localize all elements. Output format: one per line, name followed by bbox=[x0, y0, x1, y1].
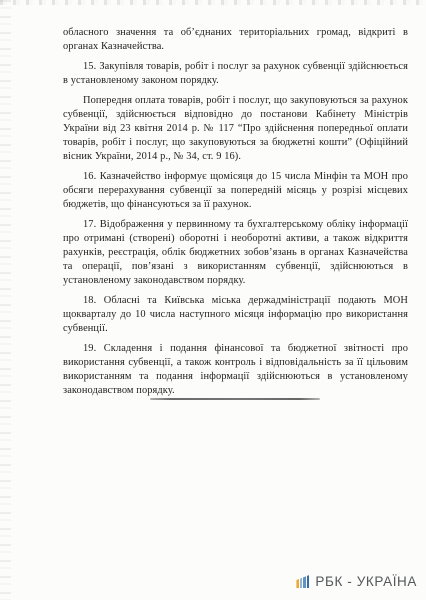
logo-bar-yellow bbox=[296, 575, 299, 588]
scan-noise-top bbox=[0, 0, 426, 5]
scanned-document-page: обласного значення та об’єднаних територ… bbox=[0, 0, 426, 600]
document-paragraph: 16. Казначейство інформує щомісяця до 15… bbox=[63, 170, 408, 212]
logo-bar-darkblue bbox=[307, 575, 310, 588]
rbc-ukraine-logo-text: РБК - УКРАЇНА bbox=[315, 574, 417, 589]
document-paragraph: обласного значення та об’єднаних територ… bbox=[63, 26, 408, 54]
document-paragraph: 17. Відображення у первинному та бухгалт… bbox=[63, 218, 408, 288]
document-body: обласного значення та об’єднаних територ… bbox=[63, 26, 408, 404]
scan-noise-left bbox=[0, 0, 11, 600]
document-paragraph: 18. Обласні та Київська міська держадмін… bbox=[63, 294, 408, 336]
rbc-ukraine-logo-icon bbox=[296, 575, 309, 588]
rbc-ukraine-watermark: РБК - УКРАЇНА bbox=[296, 574, 417, 589]
document-paragraph: 19. Складення і подання фінансової та бю… bbox=[63, 342, 408, 398]
signature-divider-line bbox=[150, 398, 320, 400]
logo-bar-lightblue bbox=[300, 575, 303, 588]
document-paragraph: Попередня оплата товарів, робіт і послуг… bbox=[63, 94, 408, 164]
document-paragraph: 15. Закупівля товарів, робіт і послуг за… bbox=[63, 60, 408, 88]
logo-bar-blue bbox=[303, 575, 306, 588]
